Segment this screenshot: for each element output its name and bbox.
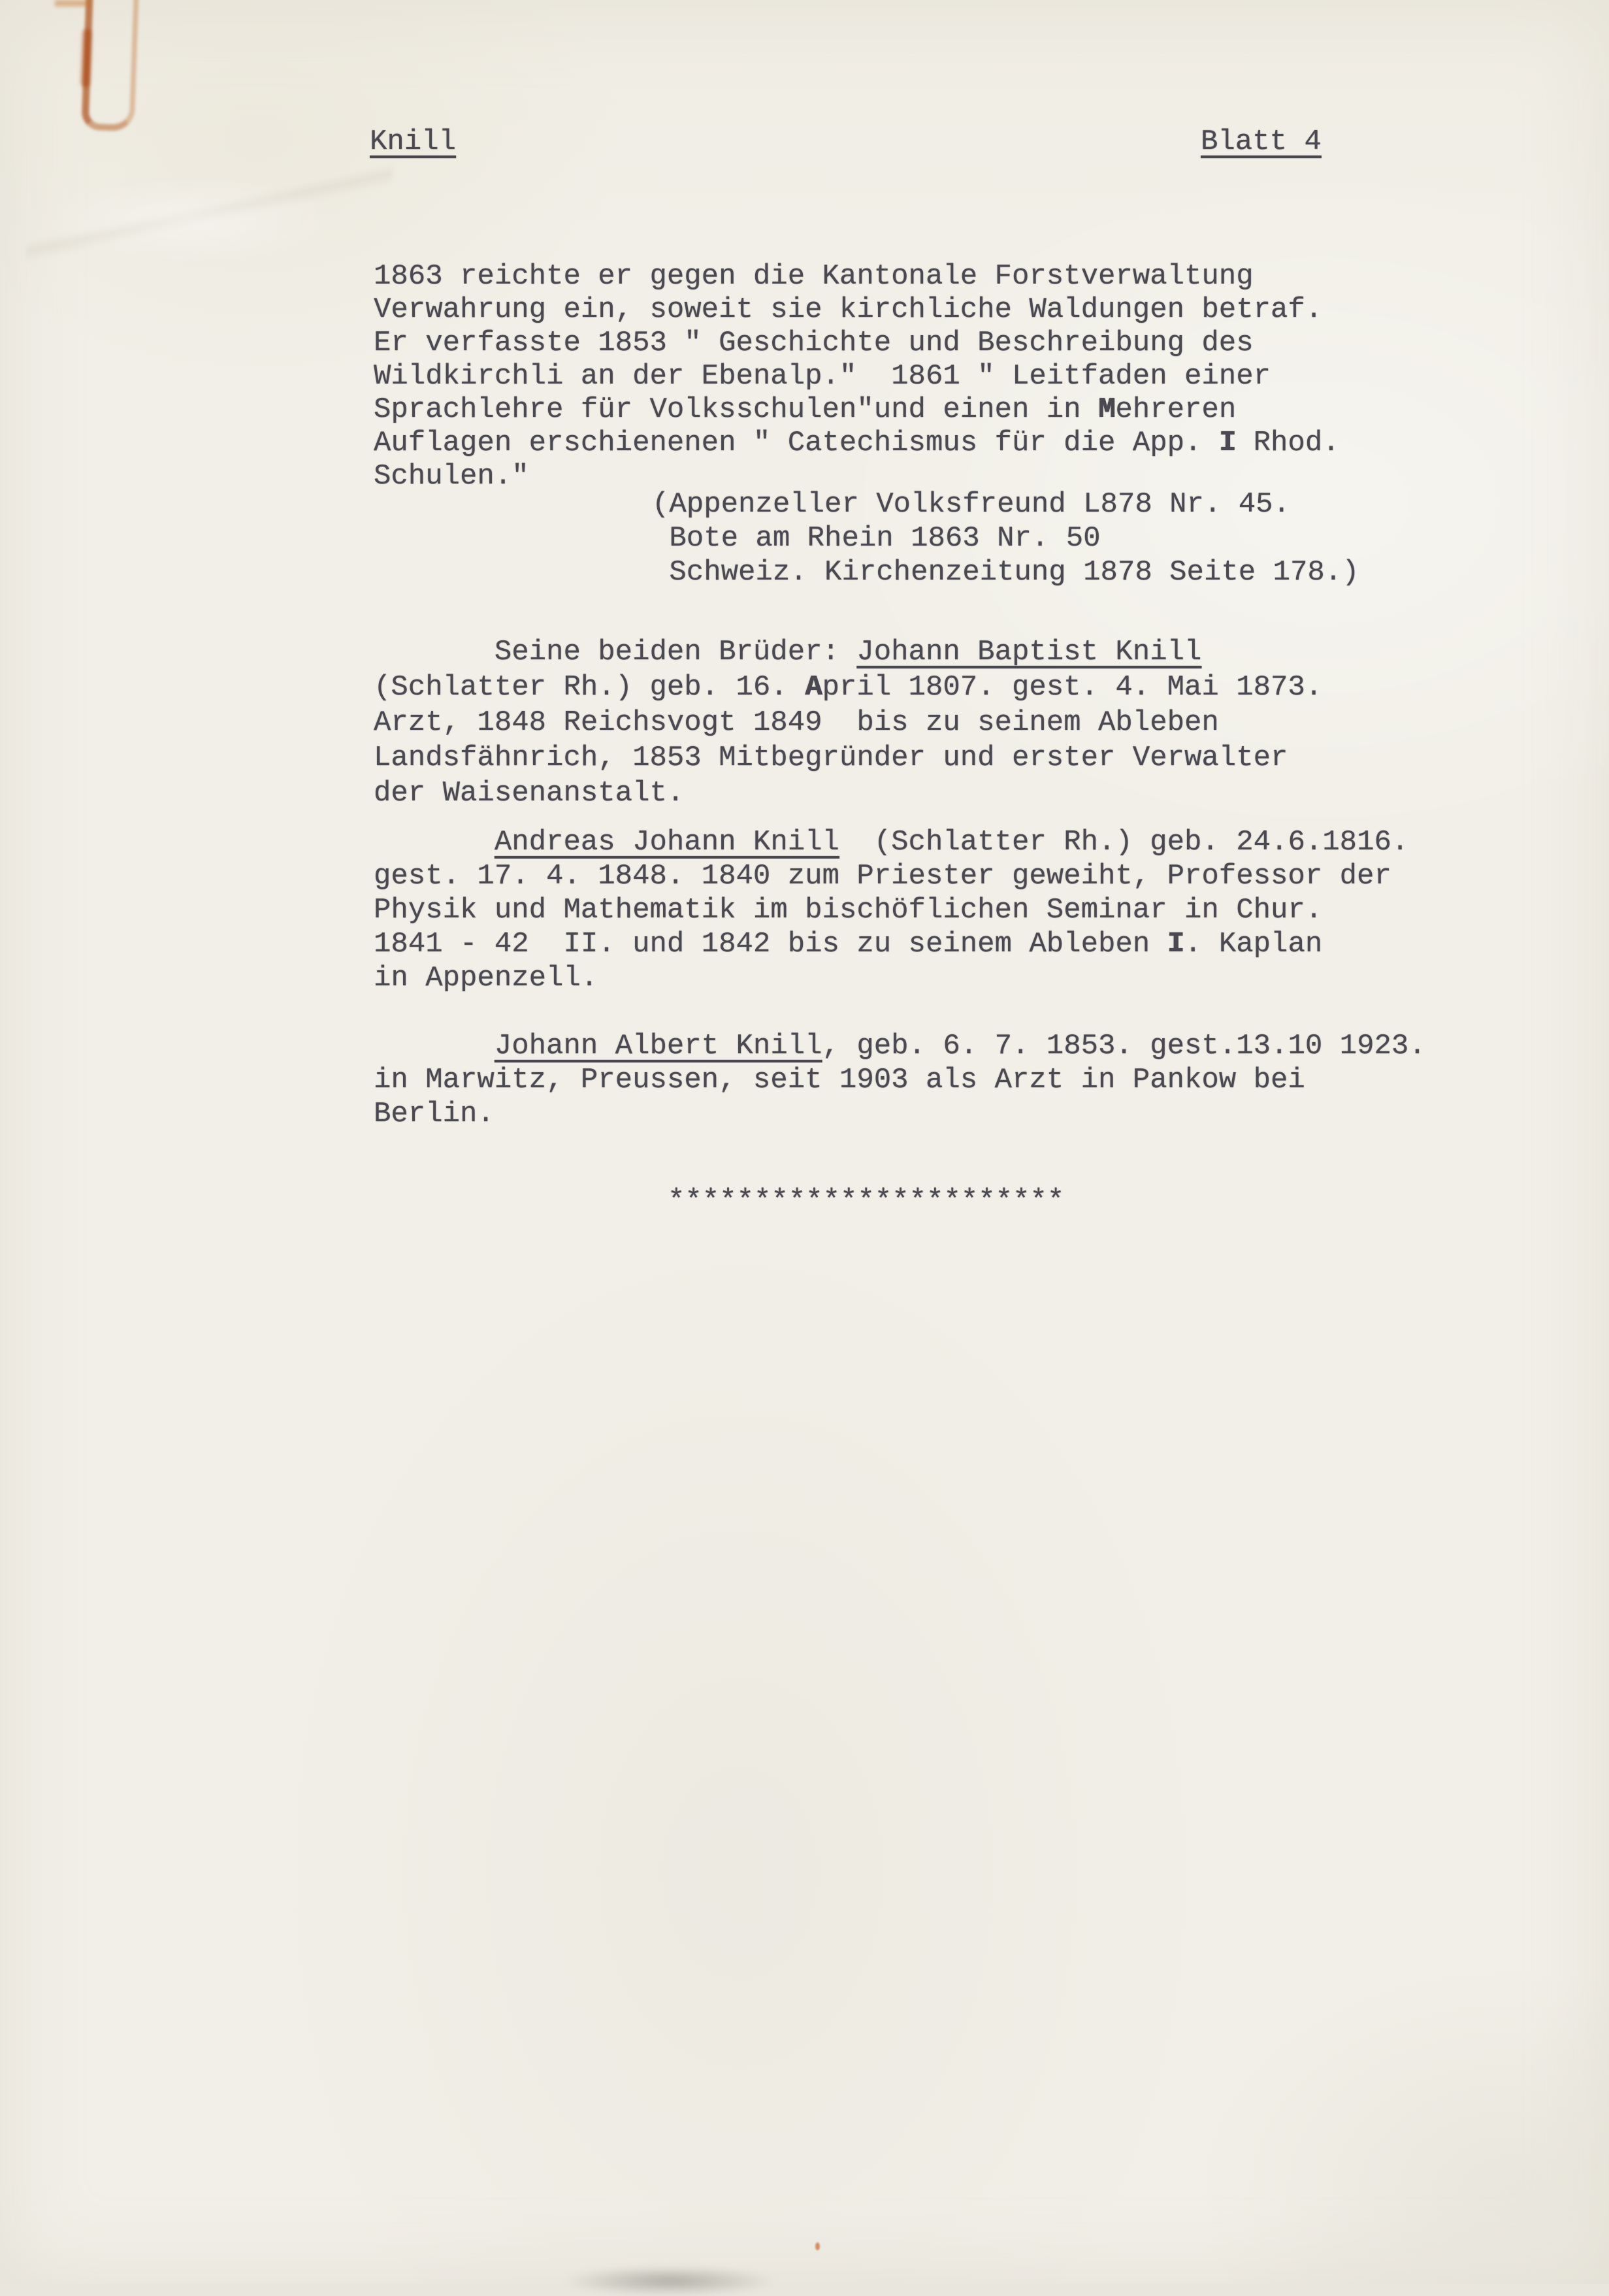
- page-title: Knill: [370, 125, 456, 159]
- typed-line: Schweiz. Kirchenzeitung 1878 Seite 178.): [652, 555, 1359, 589]
- rust-dot: [815, 2242, 820, 2250]
- typed-line: Er verfasste 1853 " Geschichte und Besch…: [374, 327, 1340, 360]
- document-page: Knill Blatt 4 1863 reichte er gegen die …: [0, 0, 1609, 2284]
- typed-line: (Schlatter Rh.) geb. 16. April 1807. ges…: [374, 670, 1322, 705]
- typed-line: in Appenzell.: [374, 961, 1408, 995]
- typed-line: 1841 - 42 II. und 1842 bis zu seinem Abl…: [374, 927, 1408, 961]
- typed-line: ***********************: [668, 1184, 1064, 1218]
- typed-line: Bote am Rhein 1863 Nr. 50: [652, 521, 1359, 555]
- paper-crease: [26, 137, 392, 287]
- typed-line: Landsfähnrich, 1853 Mitbegründer und ers…: [374, 740, 1322, 776]
- paragraph-johann-baptist: Seine beiden Brüder: Johann Baptist Knil…: [374, 634, 1322, 811]
- typed-line: Sprachlehre für Volksschulen"und einen i…: [374, 393, 1340, 427]
- scan-edge-smudge: [562, 2266, 777, 2284]
- typed-line: 1863 reichte er gegen die Kantonale Fors…: [374, 260, 1340, 293]
- typed-line: Johann Albert Knill, geb. 6. 7. 1853. ge…: [374, 1029, 1426, 1063]
- typed-line: Physik und Mathematik im bischöflichen S…: [374, 893, 1408, 927]
- typed-line: Andreas Johann Knill (Schlatter Rh.) geb…: [374, 825, 1408, 859]
- paragraph-publications: 1863 reichte er gegen die Kantonale Fors…: [374, 260, 1340, 493]
- typed-line: (Appenzeller Volksfreund L878 Nr. 45.: [652, 487, 1359, 521]
- citation-sources: (Appenzeller Volksfreund L878 Nr. 45. Bo…: [652, 487, 1359, 589]
- typed-line: Seine beiden Brüder: Johann Baptist Knil…: [374, 634, 1322, 670]
- typed-line: Verwahrung ein, soweit sie kirchliche Wa…: [374, 293, 1340, 327]
- typed-line: Berlin.: [374, 1097, 1426, 1131]
- typed-line: Knill: [370, 125, 456, 159]
- rust-stain-top-edge: [55, 0, 89, 7]
- typed-line: der Waisenanstalt.: [374, 776, 1322, 811]
- paragraph-andreas-johann: Andreas Johann Knill (Schlatter Rh.) geb…: [374, 825, 1408, 995]
- typed-line: Auflagen erschienenen " Catechismus für …: [374, 427, 1340, 460]
- paragraph-johann-albert: Johann Albert Knill, geb. 6. 7. 1853. ge…: [374, 1029, 1426, 1131]
- typed-line: Blatt 4: [1201, 125, 1322, 159]
- typed-line: Arzt, 1848 Reichsvogt 1849 bis zu seinem…: [374, 705, 1322, 740]
- typed-line: in Marwitz, Preussen, seit 1903 als Arzt…: [374, 1063, 1426, 1097]
- typed-line: gest. 17. 4. 1848. 1840 zum Priester gew…: [374, 859, 1408, 893]
- sheet-number: Blatt 4: [1201, 125, 1322, 159]
- paperclip-rust-mark: [81, 0, 138, 131]
- typed-line: Wildkirchli an der Ebenalp." 1861 " Leit…: [374, 360, 1340, 393]
- asterisk-separator: ***********************: [668, 1184, 1064, 1218]
